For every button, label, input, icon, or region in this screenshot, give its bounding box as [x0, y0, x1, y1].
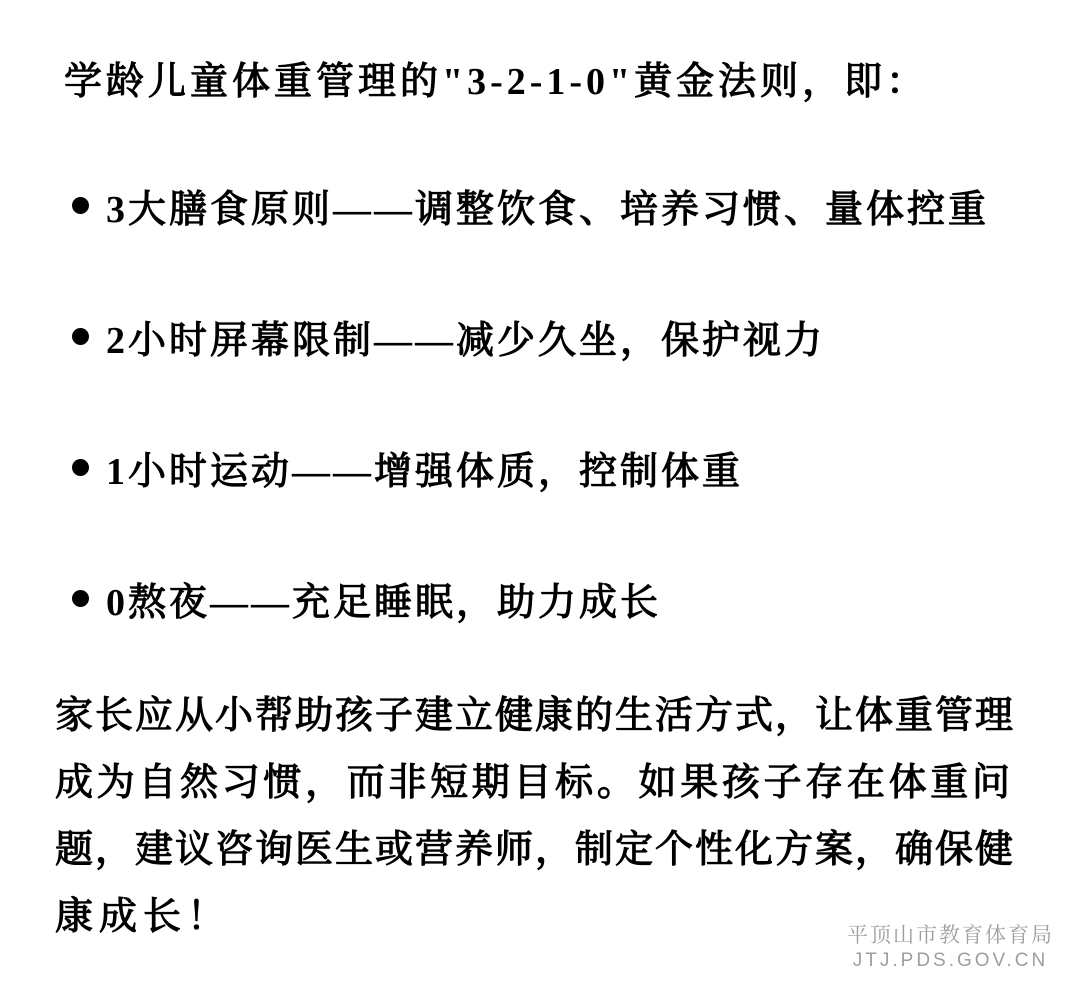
- document-page: 学龄儿童体重管理的"3-2-1-0"黄金法则，即： 3大膳食原则——调整饮食、培…: [0, 0, 1080, 988]
- bullet-item-screen-time: 2小时屏幕限制——减少久坐，保护视力: [72, 309, 825, 364]
- bullet-item-label: 2小时屏幕限制——减少久坐，保护视力: [106, 309, 825, 364]
- bullet-item-label: 1小时运动——增强体质，控制体重: [106, 440, 743, 495]
- paragraph-line: 家长应从小帮助孩子建立健康的生活方式，让体重管理: [55, 683, 1012, 750]
- watermark-org-name: 平顶山市教育体育局: [847, 923, 1054, 949]
- bullet-item-sleep: 0熬夜——充足睡眠，助力成长: [72, 571, 661, 626]
- bullet-item-exercise: 1小时运动——增强体质，控制体重: [72, 440, 743, 495]
- watermark: 平顶山市教育体育局 JTJ.PDS.GOV.CN: [847, 923, 1054, 973]
- bullet-dot-icon: [72, 459, 89, 476]
- bullet-item-label: 3大膳食原则——调整饮食、培养习惯、量体控重: [106, 178, 989, 233]
- paragraph-line: 题，建议咨询医生或营养师，制定个性化方案，确保健: [55, 817, 1012, 884]
- bullet-item-label: 0熬夜——充足睡眠，助力成长: [106, 571, 661, 626]
- bullet-dot-icon: [72, 590, 89, 607]
- page-title: 学龄儿童体重管理的"3-2-1-0"黄金法则，即：: [64, 50, 928, 105]
- bullet-item-diet: 3大膳食原则——调整饮食、培养习惯、量体控重: [72, 178, 989, 233]
- paragraph-line: 成为自然习惯，而非短期目标。如果孩子存在体重问: [55, 750, 1012, 817]
- closing-paragraph: 家长应从小帮助孩子建立健康的生活方式，让体重管理 成为自然习惯，而非短期目标。如…: [55, 683, 1012, 951]
- watermark-url: JTJ.PDS.GOV.CN: [847, 949, 1054, 973]
- bullet-dot-icon: [72, 328, 89, 345]
- bullet-dot-icon: [72, 197, 89, 214]
